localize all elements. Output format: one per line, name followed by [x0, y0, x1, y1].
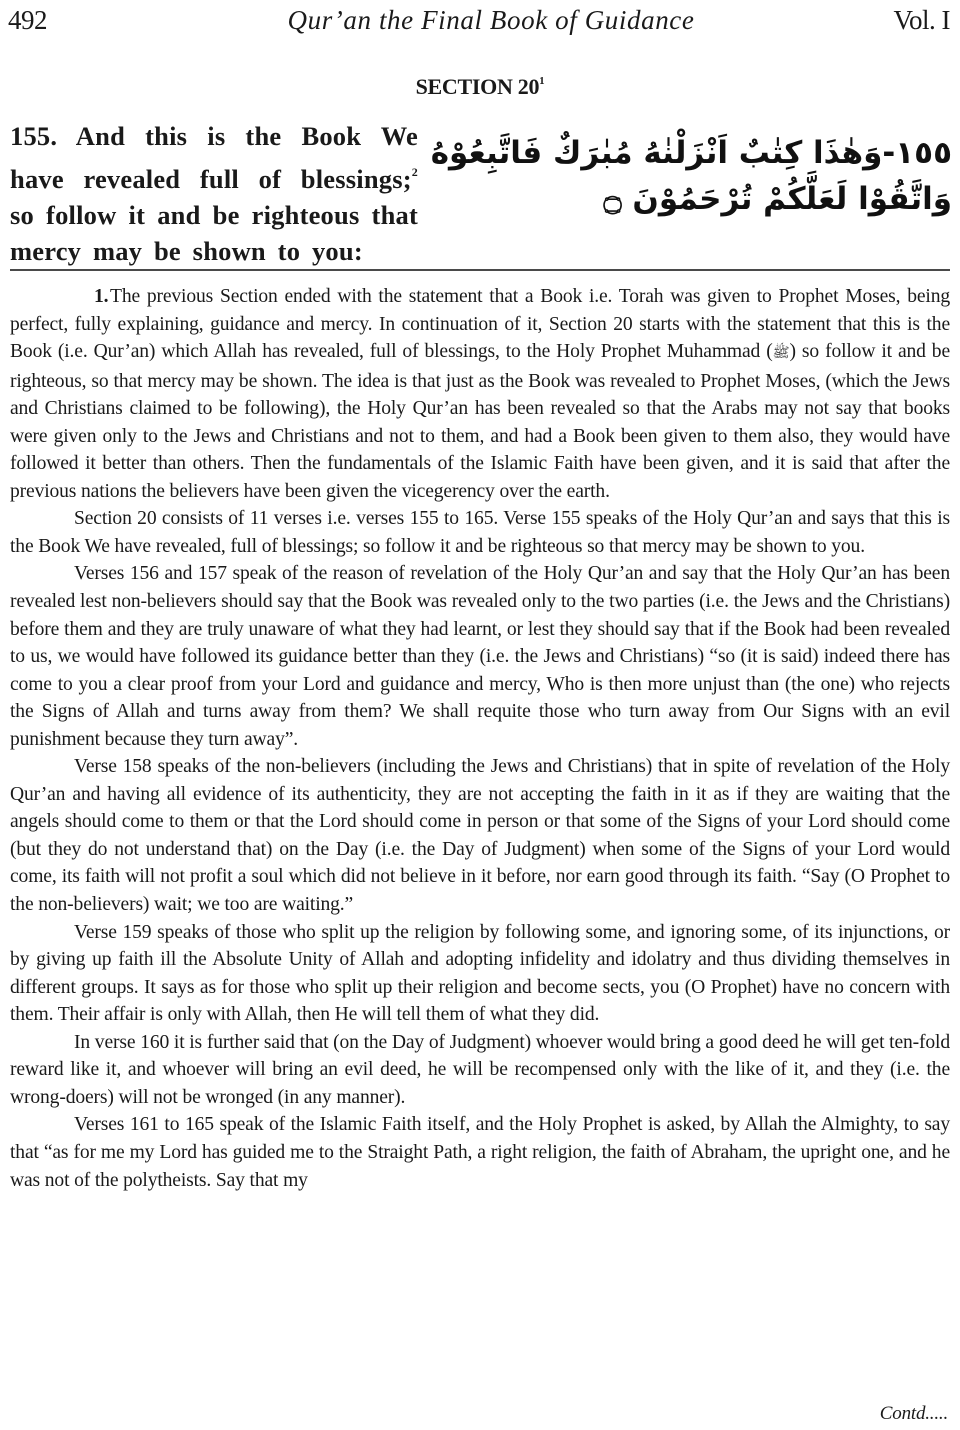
- commentary-paragraph: Verse 158 speaks of the non-believers (i…: [10, 753, 950, 918]
- verse-line: have revealed full of blessings;2: [10, 154, 418, 197]
- section-label: SECTION 20: [416, 74, 540, 99]
- footnote-number: 1.: [50, 283, 110, 311]
- commentary-paragraph: Verse 159 speaks of those who split up t…: [10, 919, 950, 1029]
- commentary-paragraph: Verses 156 and 157 speak of the reason o…: [10, 560, 950, 753]
- honorific-symbol: ﷺ: [773, 345, 790, 361]
- commentary-paragraph: Section 20 consists of 11 verses i.e. ve…: [10, 505, 950, 560]
- continued-note: Contd.....: [880, 1401, 948, 1427]
- arabic-line: ١٥٥-وَهٰذَا كِتٰبٌ اَنْزَلْنٰهُ مُبٰرَكٌ…: [540, 130, 952, 176]
- verse-arabic-text: ١٥٥-وَهٰذَا كِتٰبٌ اَنْزَلْنٰهُ مُبٰرَكٌ…: [540, 130, 952, 222]
- commentary-paragraph: In verse 160 it is further said that (on…: [10, 1029, 950, 1112]
- verse-line: mercy may be shown to you:: [10, 233, 418, 269]
- verse-translation: 155. And this is the Book We have reveal…: [10, 118, 418, 269]
- verse-footnote-ref: 2: [412, 165, 418, 179]
- arabic-line: وَاتَّقُوْا لَعَلَّكُمْ تُرْحَمُوْنَ ۝: [540, 176, 952, 222]
- commentary: 1.The previous Section ended with the st…: [10, 283, 950, 1194]
- section-footnote-ref: 1: [539, 75, 544, 87]
- running-head: 492 Qur’an the Final Book of Guidance Vo…: [8, 2, 950, 38]
- section-heading: SECTION 201: [0, 66, 960, 102]
- section-divider: [10, 269, 950, 271]
- commentary-paragraph: Verses 161 to 165 speak of the Islamic F…: [10, 1111, 950, 1194]
- verse-line: 155. And this is the Book We: [10, 118, 418, 154]
- book-page: 492 Qur’an the Final Book of Guidance Vo…: [0, 0, 960, 1430]
- verse-line: so follow it and be righteous that: [10, 197, 418, 233]
- volume-label: Vol. I: [893, 2, 950, 38]
- book-title: Qur’an the Final Book of Guidance: [8, 2, 950, 38]
- commentary-paragraph: 1.The previous Section ended with the st…: [10, 283, 950, 505]
